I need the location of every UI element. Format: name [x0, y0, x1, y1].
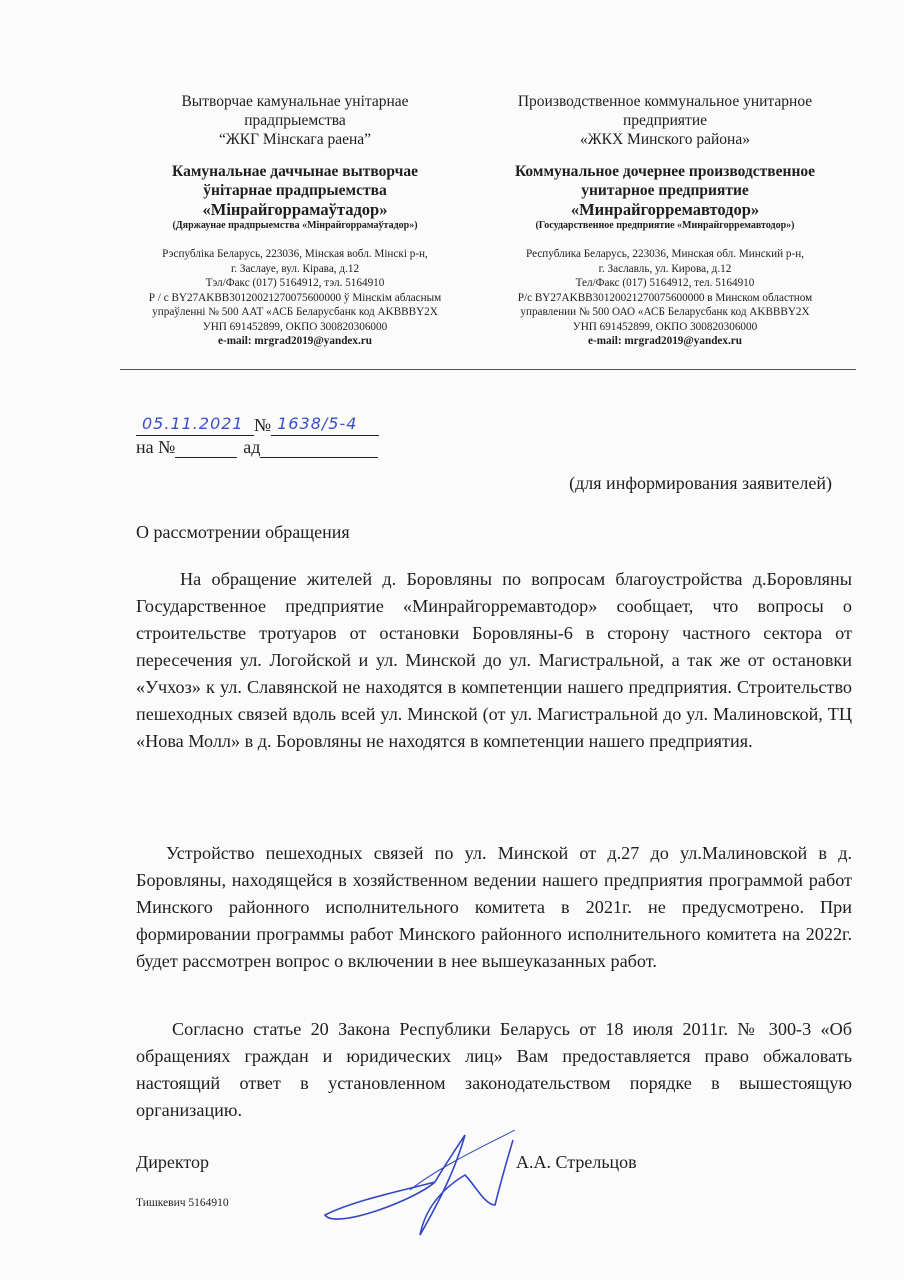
letter-subject: О рассмотрении обращения: [136, 522, 350, 543]
outgoing-reference: 05.11.2021 № 1638/5-4: [136, 414, 379, 436]
organization-subtitle: (Дяржаунае прадпрыемства «Мінрайгоррамаў…: [120, 220, 470, 232]
reply-to-label: на №: [136, 436, 175, 458]
organization-name: Коммунальное дочернее производственное у…: [470, 162, 860, 219]
letterhead-russian: Производственное коммунальное унитарное …: [470, 92, 860, 349]
email-link[interactable]: e-mail: mrgrad2019@yandex.ru: [470, 334, 860, 349]
organization-address: Рэспубліка Беларусь, 223036, Мінская воб…: [120, 247, 470, 349]
parent-organization: Вытворчае камунальнае унітарнае прадпрые…: [120, 92, 470, 149]
handwritten-number: 1638/5-4: [277, 413, 357, 435]
letterhead-belarusian: Вытворчае камунальнае унітарнае прадпрые…: [120, 92, 470, 349]
handwritten-date: 05.11.2021: [142, 413, 244, 435]
email-link[interactable]: e-mail: mrgrad2019@yandex.ru: [120, 334, 470, 349]
body-paragraph: Устройство пешеходных связей по ул. Минс…: [136, 840, 852, 975]
from-field: [260, 437, 378, 458]
organization-subtitle: (Государственное предприятие «Минрайгорр…: [470, 220, 860, 232]
header-divider: [120, 369, 856, 370]
notice-for-applicants: (для информирования заявителей): [569, 473, 832, 494]
from-label: ад: [243, 436, 260, 458]
incoming-reference: на № ад: [136, 436, 379, 458]
parent-organization: Производственное коммунальное унитарное …: [470, 92, 860, 149]
organization-name: Камунальнае даччынае вытворчае ўнітарнае…: [120, 162, 470, 219]
number-field: 1638/5-4: [271, 415, 379, 436]
organization-address: Республика Беларусь, 223036, Минская обл…: [470, 247, 860, 349]
executor-contact: Тишкевич 5164910: [136, 1197, 229, 1209]
signatory-name: А.А. Стрельцов: [516, 1152, 637, 1173]
body-paragraph: Согласно статье 20 Закона Республики Бел…: [136, 1016, 852, 1124]
handwritten-signature: [315, 1130, 515, 1240]
date-field: 05.11.2021: [136, 415, 254, 436]
signatory-title: Директор: [136, 1152, 209, 1173]
body-paragraph: На обращение жителей д. Боровляны по воп…: [136, 566, 852, 755]
reference-block: 05.11.2021 № 1638/5-4 на № ад: [136, 414, 379, 458]
number-label: №: [254, 414, 271, 436]
reply-to-field: [175, 437, 237, 458]
